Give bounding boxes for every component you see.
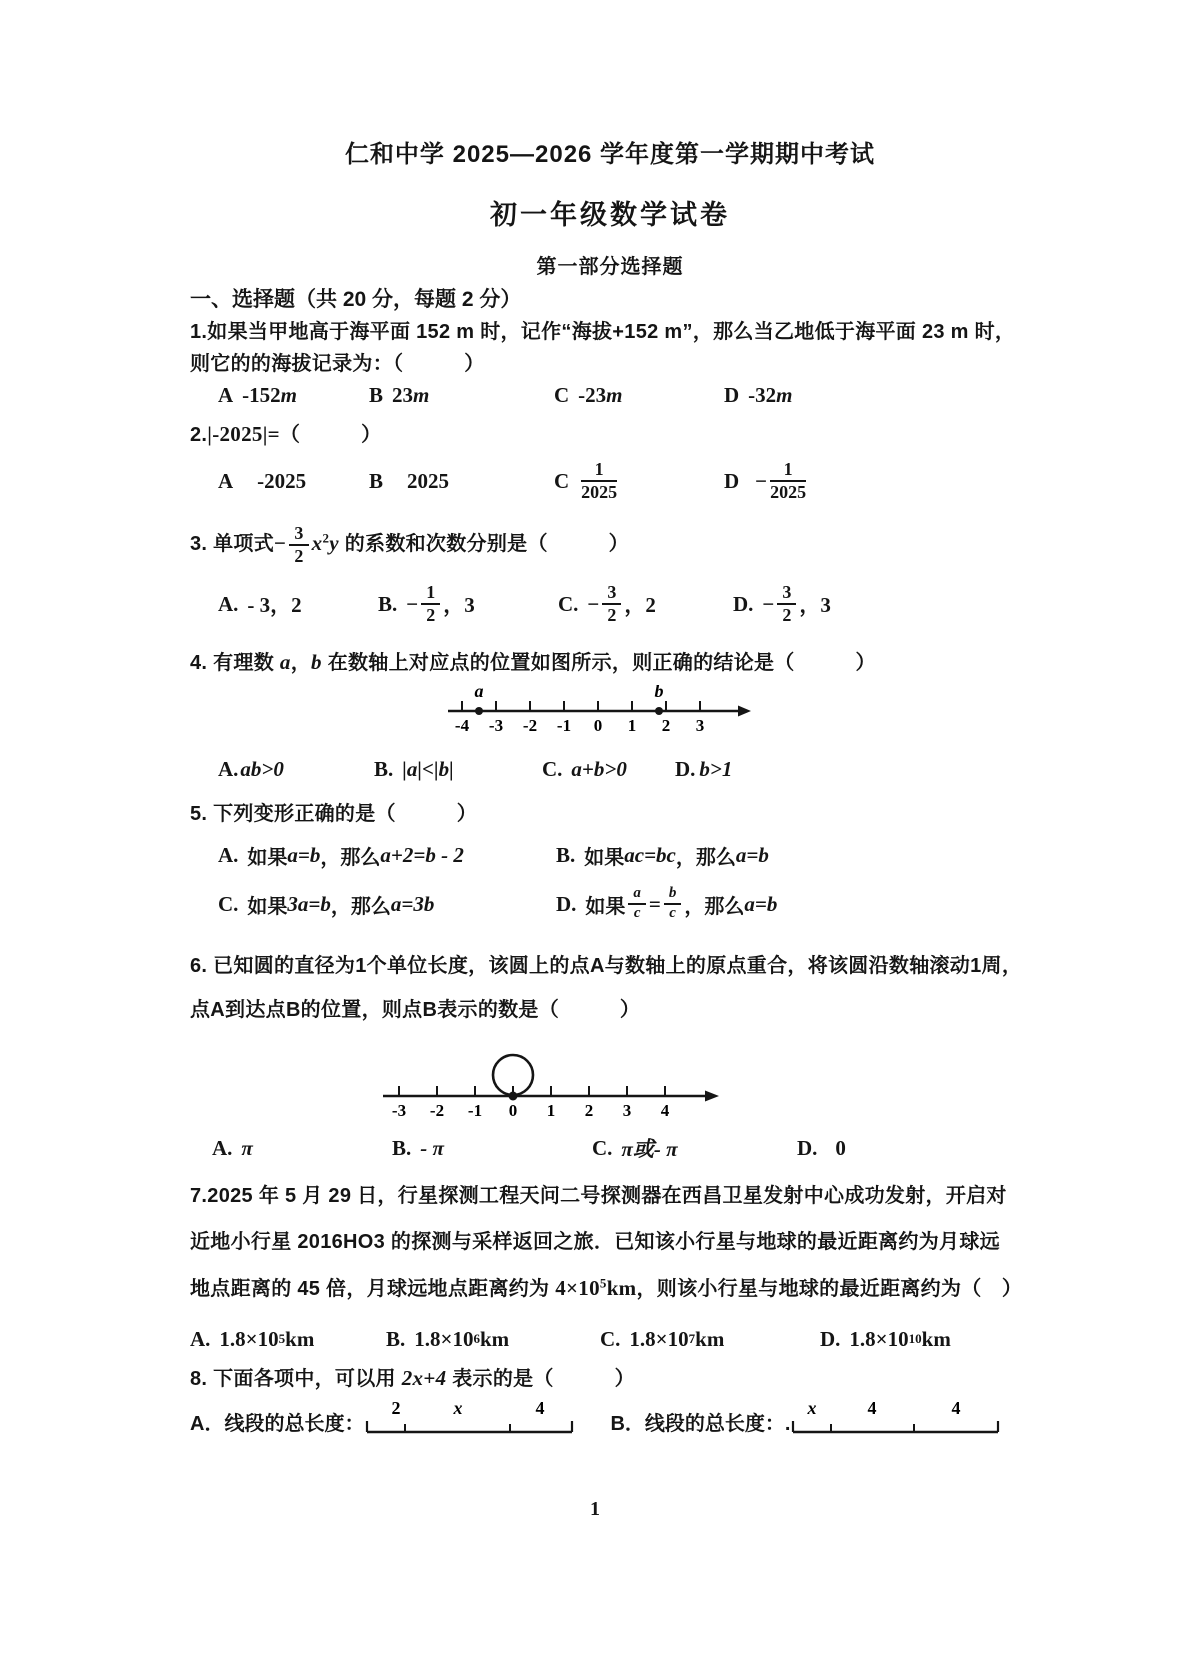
segment-label: x	[453, 1399, 463, 1418]
option-label: D	[724, 469, 739, 494]
option-expression: 0	[835, 1136, 846, 1161]
option-unit: m	[413, 383, 429, 408]
q7-stem-line1: 7.2025 年 5 月 29 日，行星探测工程天问二号探测器在西昌卫星发射中心…	[190, 1173, 1030, 1219]
page-content: 仁和中学 2025—2026 学年度第一学期期中考试 初一年级数学试卷 第一部分…	[190, 140, 1030, 1439]
option-label: C.	[218, 892, 238, 917]
option-label: A.	[218, 592, 238, 617]
option-expression: π或- π	[621, 1133, 677, 1163]
exam-title: 仁和中学 2025—2026 学年度第一学期期中考试	[190, 140, 1030, 170]
tick-label: -3	[489, 716, 503, 735]
minus-sign: −	[762, 592, 774, 617]
option-label: B.	[556, 843, 575, 868]
tick-label: -1	[557, 716, 571, 735]
q3-option-a: A.- 3，2	[218, 589, 378, 619]
q4-options: A.ab>0 B.|a|<|b| C.a+b>0 D.b>1	[190, 754, 1030, 784]
option-label: D.	[675, 757, 695, 782]
q3-option-c: C.−32，2	[558, 583, 733, 625]
q6-option-d: D.0	[797, 1136, 846, 1161]
exam-subtitle: 初一年级数学试卷	[190, 196, 1030, 234]
option-label: C.	[542, 757, 562, 782]
section-instruction: 一、选择题（共 20 分，每题 2 分）	[190, 286, 1030, 314]
fraction: 32	[777, 583, 796, 625]
exam-page: 仁和中学 2025—2026 学年度第一学期期中考试 初一年级数学试卷 第一部分…	[0, 0, 1190, 1678]
minus-sign: −	[274, 531, 286, 555]
exponent: 5	[600, 1275, 607, 1290]
option-value: -32	[748, 383, 776, 408]
q2-option-c: C12025	[554, 460, 724, 502]
q4-option-d: D.b>1	[675, 757, 732, 782]
q5-option-d: D.如果ac=bc，那么 a=b	[556, 886, 777, 922]
option-label: B.	[374, 757, 393, 782]
option-label: B	[369, 383, 383, 408]
tick-label: -1	[468, 1101, 482, 1120]
option-label: D.	[556, 892, 576, 917]
q8-option-b: B．线段的总长度：. x 4 4	[610, 1399, 1002, 1439]
segment-label: 4	[952, 1399, 961, 1418]
q7-option-c: C.1.8×107km	[600, 1327, 820, 1352]
option-value: -152	[242, 383, 281, 408]
option-value: -23	[578, 383, 606, 408]
segment-label: x	[807, 1399, 817, 1418]
q4-option-b: B.|a|<|b|	[374, 757, 542, 782]
option-label: A.	[218, 757, 238, 782]
tick-label: 0	[594, 716, 603, 735]
option-label: B．线段的总长度：.	[610, 1409, 790, 1439]
q1-stem-line1: 1.如果当甲地高于海平面 152 m 时，记作“海拔+152 m”，那么当乙地低…	[190, 316, 1030, 348]
expression-2x4: 2x+4	[402, 1366, 447, 1390]
option-label: C.	[558, 592, 578, 617]
minus-sign: −	[755, 469, 767, 494]
option-label: B.	[386, 1327, 405, 1352]
fraction: bc	[664, 886, 682, 922]
q8-options: A．线段的总长度： 2 x 4 B．线段的总长度：. x 4 4	[190, 1399, 1030, 1439]
page-number: 1	[0, 1498, 1190, 1521]
fraction: 32	[602, 583, 621, 625]
q6-option-a: A.π	[212, 1136, 392, 1161]
q1-stem-line2: 则它的的海拔记录为：（ ）	[190, 348, 1030, 380]
q2-stem: 2.|-2025|=（ ）	[190, 418, 1030, 451]
section-title: 第一部分选择题	[190, 254, 1030, 280]
scientific-notation: 4×10	[555, 1276, 600, 1300]
q4-option-c: C.a+b>0	[542, 757, 675, 782]
q6-numberline: -3 -2 -1 0 1 2 3 4	[383, 1034, 721, 1120]
option-label: B.	[392, 1136, 411, 1161]
option-label: D.	[733, 592, 753, 617]
q5-options-row1: A.如果 a=b，那么 a+2=b - 2 B.如果 ac=bc，那么 a=b	[190, 840, 1030, 870]
option-label: C	[554, 383, 569, 408]
option-label: A	[218, 383, 233, 408]
option-label: A.	[218, 843, 238, 868]
q4-option-a: A.ab>0	[218, 757, 374, 782]
tick-label: -4	[455, 716, 470, 735]
q5-options-row2: C.如果 3a=b，那么 a=3b D.如果ac=bc，那么 a=b	[190, 880, 1030, 928]
tick-label: 0	[509, 1101, 518, 1120]
q2-option-b: B2025	[369, 469, 554, 494]
tick-label: 2	[585, 1101, 594, 1120]
option-label: D.	[820, 1327, 840, 1352]
tick-label: 3	[623, 1101, 632, 1120]
q5-option-a: A.如果 a=b，那么 a+2=b - 2	[218, 841, 556, 870]
segment-label: 4	[868, 1399, 877, 1418]
q8-segment-b: x 4 4	[790, 1399, 1002, 1439]
tick-label: 2	[662, 716, 671, 735]
q1-option-a: A-152m	[218, 383, 369, 408]
q7-option-a: A.1.8×105km	[190, 1327, 386, 1352]
q1-option-b: B23m	[369, 383, 554, 408]
tick-label: -3	[392, 1101, 406, 1120]
q2-number: 2.	[190, 424, 207, 446]
fraction: 12	[421, 583, 440, 625]
q1-option-d: D-32m	[724, 383, 793, 408]
q6-option-b: B.- π	[392, 1136, 592, 1161]
q8-option-a: A．线段的总长度： 2 x 4	[190, 1399, 576, 1439]
variable-b: b	[311, 650, 322, 674]
q2-answer-blank: （ ）	[280, 424, 382, 446]
q6-options: A.π B.- π C.π或- π D.0	[190, 1133, 1030, 1163]
option-label: C.	[592, 1136, 612, 1161]
q3-options: A.- 3，2 B.−12，3 C.−32，2 D.−32，3	[190, 580, 1030, 628]
option-label: C	[554, 469, 569, 494]
option-value: - 3，2	[247, 589, 301, 619]
fraction: 12025	[770, 460, 806, 502]
q2-option-d: D−12025	[724, 460, 809, 502]
fraction: 12025	[581, 460, 617, 502]
option-label: A.	[190, 1327, 210, 1352]
tick-label: -2	[430, 1101, 444, 1120]
q2-options: A-2025 B2025 C12025 D−12025	[190, 457, 1030, 505]
q4-numberline: a b -4 -3 -2 -1 0 1 2 3	[448, 685, 752, 739]
option-expression: |a|<|b|	[402, 757, 453, 782]
option-value: -2025	[257, 469, 306, 494]
q6-stem-line2: 点A到达点B的位置，则点B表示的数是（ ）	[190, 988, 1030, 1032]
q7-options: A.1.8×105km B.1.8×106km C.1.8×107km D.1.…	[190, 1324, 1030, 1354]
unit: km	[607, 1276, 637, 1300]
option-unit: m	[281, 383, 297, 408]
option-label: C.	[600, 1327, 620, 1352]
q7-stem-line2: 近地小行星 2016HO3 的探测与采样返回之旅．已知该小行星与地球的最近距离约…	[190, 1219, 1030, 1265]
q8-segment-a: 2 x 4	[364, 1399, 576, 1439]
option-expression: b>1	[699, 757, 732, 782]
option-value: 2025	[407, 469, 449, 494]
option-label: D.	[797, 1136, 817, 1161]
fraction: ac	[628, 886, 646, 922]
point-a-dot	[475, 707, 483, 715]
q1-options: A-152m B23m C-23m D-32m	[190, 380, 1030, 410]
q3-stem: 3. 单项式−32x2y 的系数和次数分别是（ ）	[190, 521, 1030, 566]
q7-stem-line3: 地点距离的 45 倍，月球远地点距离约为 4×105km，则该小行星与地球的最近…	[190, 1265, 1030, 1312]
origin-dot	[509, 1092, 518, 1101]
option-label: A．线段的总长度：	[190, 1409, 364, 1439]
q7-option-b: B.1.8×106km	[386, 1327, 600, 1352]
segment-label: 4	[536, 1399, 545, 1418]
option-label: A.	[212, 1136, 232, 1161]
q5-option-c: C.如果 3a=b，那么 a=3b	[218, 890, 556, 919]
q5-stem: 5. 下列变形正确的是（ ）	[190, 798, 1030, 830]
option-label: B	[369, 469, 383, 494]
q2-option-a: A-2025	[218, 469, 369, 494]
option-label: B.	[378, 592, 397, 617]
variable-y: y	[329, 531, 339, 555]
q2-expression: |-2025|=	[207, 422, 280, 446]
tick-label: 1	[547, 1101, 556, 1120]
segment-label: 2	[392, 1399, 401, 1418]
tick-label: 3	[696, 716, 705, 735]
q8-stem: 8. 下面各项中，可以用 2x+4 表示的是（ ）	[190, 1362, 1030, 1395]
q1-option-c: C-23m	[554, 383, 724, 408]
option-expression: a+b>0	[571, 757, 626, 782]
option-unit: m	[776, 383, 792, 408]
q6-numberline-figure: -3 -2 -1 0 1 2 3 4	[383, 1034, 1030, 1125]
point-b-label: b	[655, 685, 664, 701]
q4-stem: 4. 有理数 a，b 在数轴上对应点的位置如图所示，则正确的结论是（ ）	[190, 646, 1030, 679]
fraction: 32	[289, 524, 308, 566]
option-expression: ab>0	[240, 757, 283, 782]
q7-option-d: D.1.8×1010km	[820, 1327, 951, 1352]
tick-label: -2	[523, 716, 537, 735]
q6-option-c: C.π或- π	[592, 1133, 797, 1163]
q3-option-b: B.−12，3	[378, 583, 558, 625]
point-b-dot	[655, 707, 663, 715]
q6-stem-line1: 6. 已知圆的直径为1个单位长度，该圆上的点A与数轴上的原点重合，将该圆沿数轴滚…	[190, 944, 1030, 988]
q5-option-b: B.如果 ac=bc，那么 a=b	[556, 841, 769, 870]
option-unit: m	[606, 383, 622, 408]
variable-x: x	[312, 531, 323, 555]
minus-sign: −	[587, 592, 599, 617]
option-expression: π	[241, 1136, 252, 1161]
tick-label: 4	[661, 1101, 670, 1120]
tick-label: 1	[628, 716, 637, 735]
option-label: D	[724, 383, 739, 408]
q4-numberline-figure: a b -4 -3 -2 -1 0 1 2 3	[448, 685, 1030, 744]
point-a-label: a	[475, 685, 484, 701]
minus-sign: −	[406, 592, 418, 617]
option-expression: - π	[420, 1136, 444, 1161]
option-value: 23	[392, 383, 413, 408]
variable-a: a	[280, 650, 291, 674]
option-label: A	[218, 469, 233, 494]
q3-option-d: D.−32，3	[733, 583, 831, 625]
